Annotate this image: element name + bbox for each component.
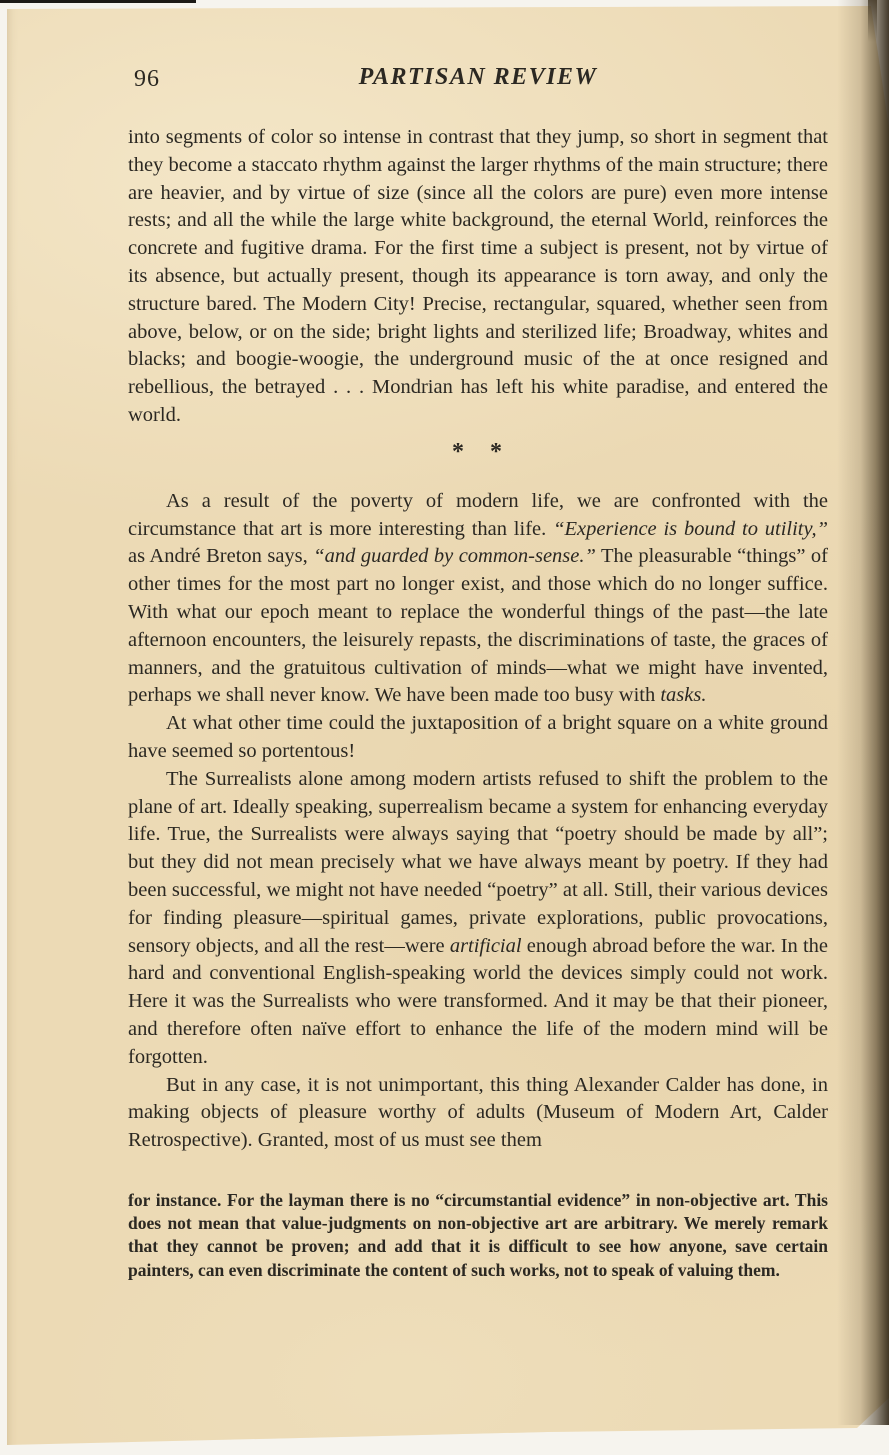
paragraph: As a result of the poverty of modern lif… bbox=[128, 488, 828, 710]
page-content: 96 PARTISAN REVIEW into segments of colo… bbox=[128, 64, 828, 1282]
paragraph: At what other time could the juxtapositi… bbox=[128, 710, 828, 766]
section-separator-asterisks: * * bbox=[128, 439, 828, 473]
paragraph: for instance. For the layman there is no… bbox=[128, 1189, 828, 1282]
footnote: for instance. For the layman there is no… bbox=[128, 1189, 828, 1282]
scan-artifact-line bbox=[0, 0, 196, 3]
page-edge-shadow bbox=[837, 0, 889, 1425]
body-text: into segments of color so intense in con… bbox=[128, 124, 828, 1155]
paragraph: into segments of color so intense in con… bbox=[128, 124, 828, 430]
paragraph: But in any case, it is not unimportant, … bbox=[128, 1072, 828, 1155]
journal-title: PARTISAN REVIEW bbox=[128, 64, 828, 91]
paragraph: The Surrealists alone among modern artis… bbox=[128, 766, 828, 1072]
running-header: 96 PARTISAN REVIEW bbox=[128, 64, 828, 98]
scanned-page: 96 PARTISAN REVIEW into segments of colo… bbox=[0, 0, 889, 1455]
body-section-1: into segments of color so intense in con… bbox=[128, 124, 828, 1155]
